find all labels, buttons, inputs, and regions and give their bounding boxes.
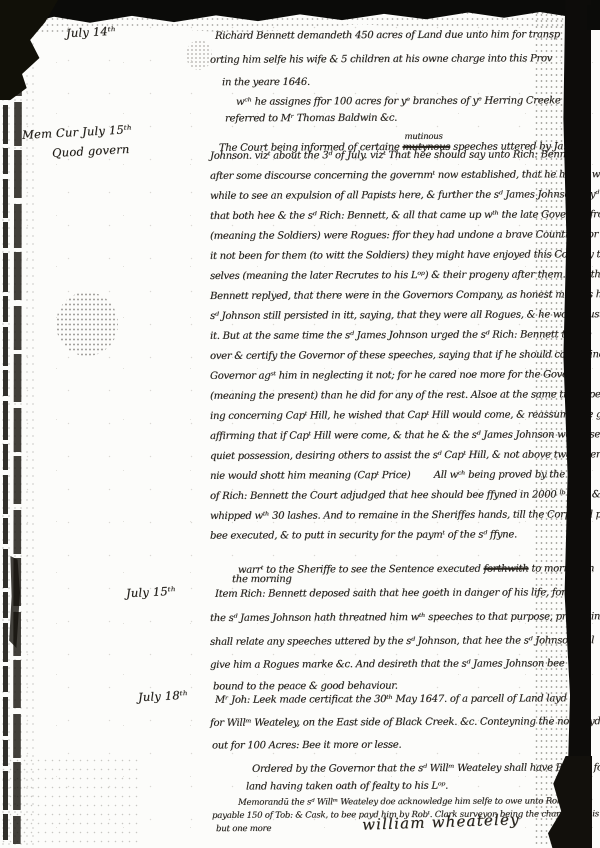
scan-gutter-fringe-right [534,0,568,848]
manuscript-line: bound to the peace & good behaviour. [213,681,398,693]
manuscript-line: bee executed, & to putt in security for … [210,529,517,542]
margin-note-court-july-15-line2: Quod govern [52,143,130,160]
manuscript-line: Governor agˢᵗ him in neglecting it not; … [210,369,589,382]
signature-william-weateley: william wheateley [362,812,520,832]
memorandum-line: but one more [216,825,271,835]
scan-border-left-rule-inner [13,0,22,844]
manuscript-line: Item Rich: Bennett deposed saith that he… [215,587,566,600]
manuscript-line: out for 100 Acres: Bee it more or lesse. [212,740,401,752]
ink-blotch [186,40,212,70]
manuscript-line: in the yeare 1646. [222,77,310,89]
manuscript-scan-page: { "page": { "kind": "photostat scan of a… [0,0,600,848]
margin-date-july-15: July 15ᵗʰ [126,585,177,600]
margin-note-court-july-15: Mem Cur July 15ᵗʰ [22,123,133,141]
order-line: land having taken oath of fealty to his … [246,781,448,793]
ink-blotch [56,292,118,356]
inserted-word: mutinous [404,132,442,142]
manuscript-line: wᶜʰ he assignes ffor 100 acres for yᵉ br… [236,95,561,108]
manuscript-line: Johnson. vizᵗ about the 3ᵈ of July. vizᵗ… [210,149,566,162]
margin-date-july-18: July 18ᵗʰ [138,689,189,704]
scan-border-left-rule-outer [3,0,8,844]
manuscript-line: referred to Mʳ Thomas Baldwin &c. [225,113,397,125]
scan-corner-mark-top-right [587,5,600,30]
strikethrough-word: forthwith [484,563,529,574]
manuscript-line: the morning [232,574,292,586]
manuscript-line: Mʳ Joh: Leek made certificat the 30ᵗʰ Ma… [215,693,585,706]
manuscript-line: orting him selfe his wife & 5 children a… [210,53,552,66]
manuscript-line: give him a Rogues marke &c. And desireth… [210,658,565,671]
